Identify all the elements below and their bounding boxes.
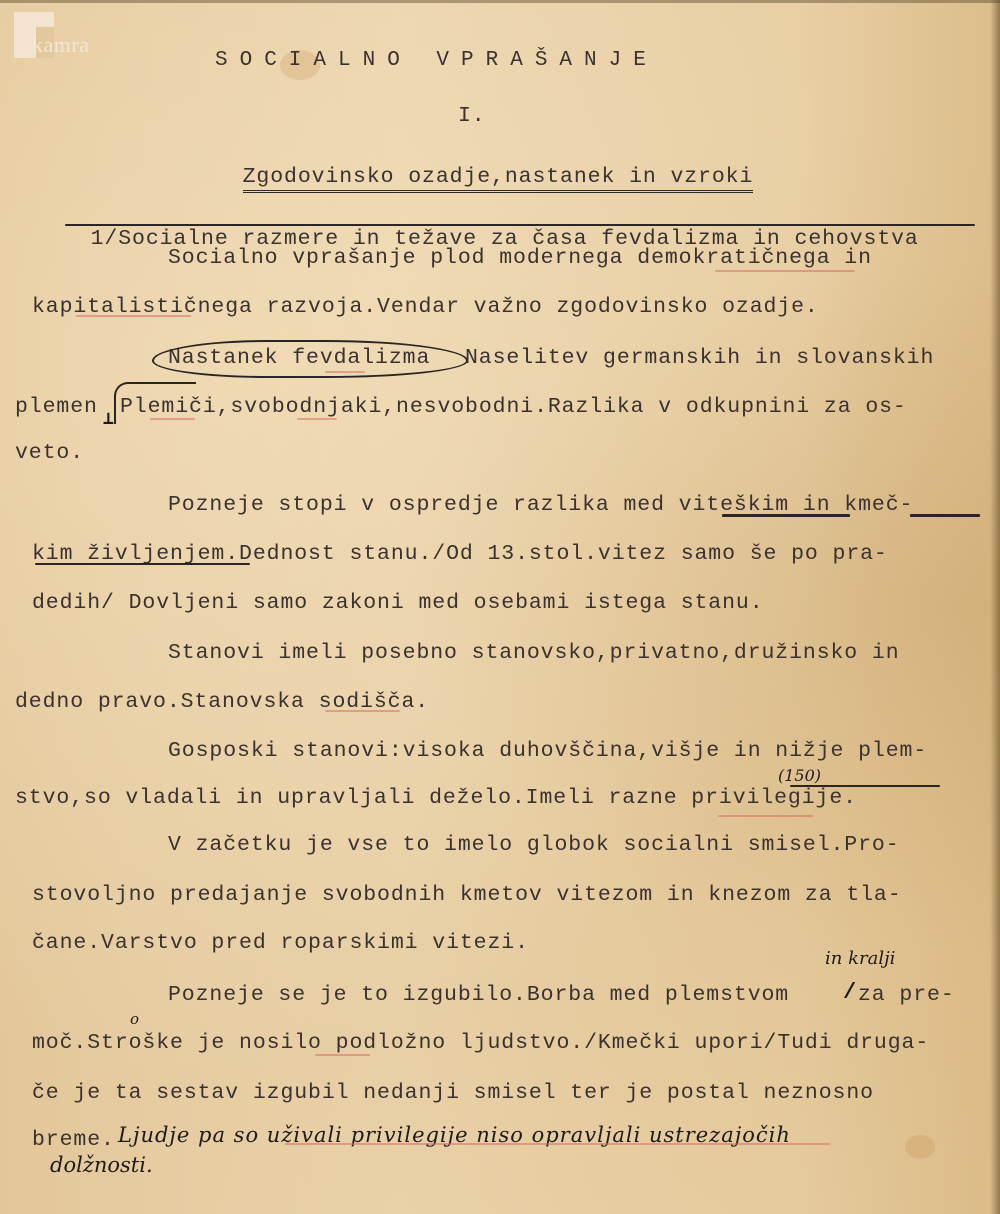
red-pencil-underline xyxy=(715,270,855,272)
red-pencil-underline xyxy=(325,371,365,373)
paper-top-edge xyxy=(0,0,1000,3)
handwritten-note-in-kralji: in kralji xyxy=(825,948,895,969)
text-line-4: Plemiči,svobodnjaki,nesvobodni.Razlika v… xyxy=(120,394,907,420)
red-pencil-underline xyxy=(325,710,400,712)
section-heading-text: Zgodovinsko ozadje,nastanek in vzroki xyxy=(243,165,754,193)
text-line-13: V začetku je vse to imelo globok socialn… xyxy=(168,832,900,858)
red-pencil-underline xyxy=(76,315,191,317)
handwritten-note-150: (150) xyxy=(778,766,821,785)
text-line-18: če je ta sestav izgubil nedanji smisel t… xyxy=(32,1080,874,1106)
text-line-1: Socialno vprašanje plod modernega demokr… xyxy=(168,245,872,271)
ink-underline-kmec xyxy=(910,514,980,517)
text-line-19: breme. xyxy=(32,1127,115,1153)
handwritten-insert-mark: ⊥ xyxy=(103,408,114,430)
kamra-watermark-logo: kamra xyxy=(12,12,112,60)
ink-underline-viteskim xyxy=(722,514,850,517)
red-pencil-underline xyxy=(150,418,195,420)
text-line-11: Gosposki stanovi:visoka duhovščina,višje… xyxy=(168,738,927,764)
text-line-16: Pozneje se je to izgubilo.Borba med plem… xyxy=(168,982,789,1008)
paper-right-edge xyxy=(990,0,1000,1214)
document-title: SOCIALNO VPRAŠANJE xyxy=(215,48,658,74)
text-line-16-end: za pre- xyxy=(858,982,955,1008)
text-line-12: stvo,so vladali in upravljali deželo.Ime… xyxy=(15,785,857,811)
text-line-4-start: plemen xyxy=(15,394,98,420)
text-line-3-rest: Naselitev germanskih in slovanskih xyxy=(465,345,934,371)
text-line-15: čane.Varstvo pred roparskimi vitezi. xyxy=(32,930,529,956)
text-line-8: dedih/ Dovljeni samo zakoni med osebami … xyxy=(32,590,764,616)
text-line-3-circled: Nastanek fevdalizma xyxy=(168,345,430,371)
red-pencil-underline xyxy=(718,815,813,817)
section-heading: Zgodovinsko ozadje,nastanek in vzroki xyxy=(215,138,753,190)
subsection-underline xyxy=(65,224,975,226)
paper-stain xyxy=(905,1135,935,1159)
text-line-5: veto. xyxy=(15,440,84,466)
handwritten-closing-line-2: dolžnosti. xyxy=(50,1153,153,1177)
chapter-number: I. xyxy=(458,103,486,129)
red-pencil-underline xyxy=(315,1054,370,1056)
ink-underline-zivljenjem xyxy=(35,563,250,565)
text-line-14: stovoljno predajanje svobodnih kmetov vi… xyxy=(32,882,902,908)
text-line-17: moč.Stroške je nosilo podložno ljudstvo.… xyxy=(32,1030,929,1056)
red-pencil-underline xyxy=(285,1143,830,1145)
red-pencil-underline xyxy=(297,418,337,420)
text-line-9: Stanovi imeli posebno stanovsko,privatno… xyxy=(168,640,900,666)
ink-bracket-line xyxy=(790,785,940,787)
watermark-label: kamra xyxy=(32,32,89,58)
handwritten-correction-o: o xyxy=(130,1010,139,1028)
handwritten-insert-mark: / xyxy=(843,980,856,1005)
